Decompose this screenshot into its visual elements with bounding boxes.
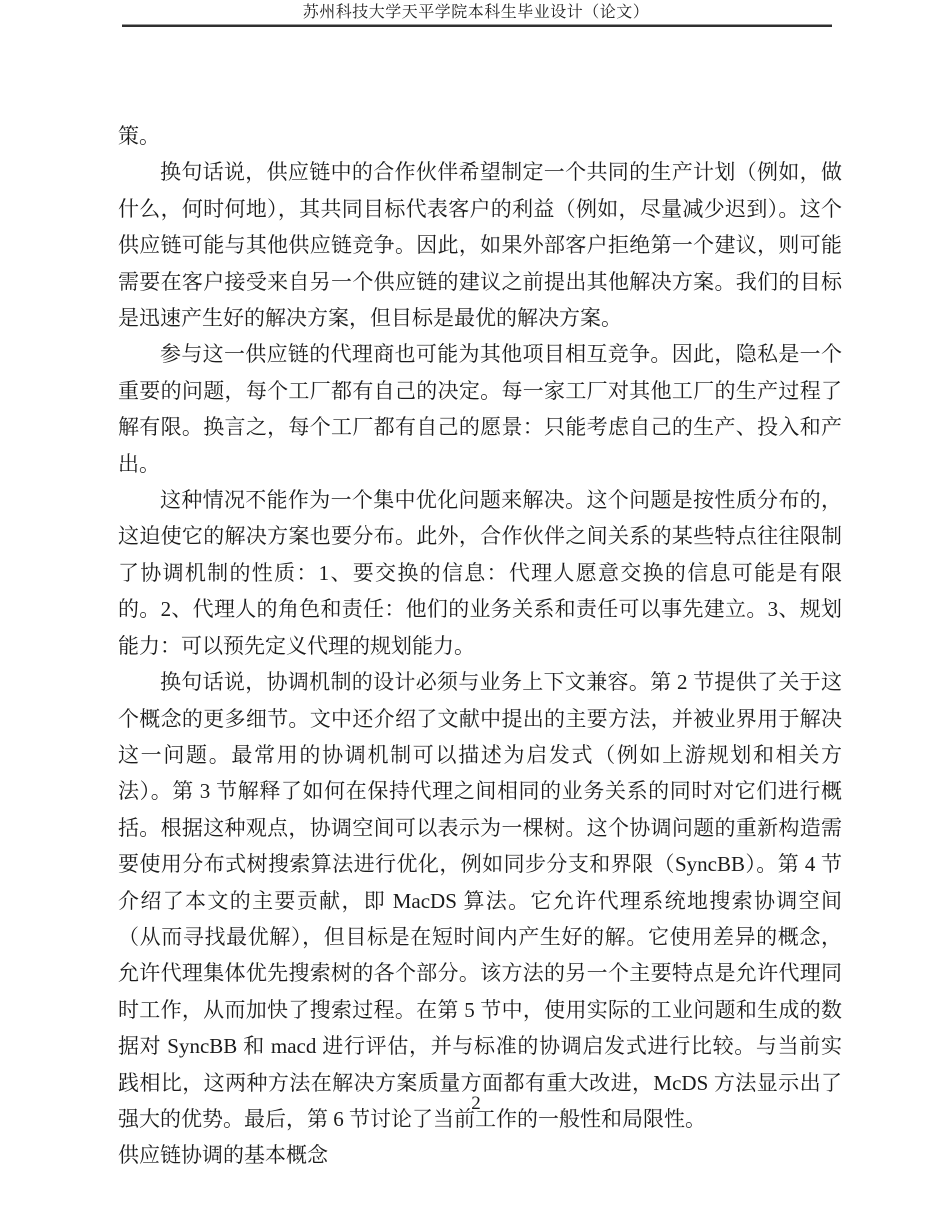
page-number: 2 (0, 1092, 952, 1116)
body-paragraph: 策。 (118, 118, 842, 154)
body-paragraph: 参与这一供应链的代理商也可能为其他项目相互竞争。因此，隐私是一个重要的问题，每个… (118, 336, 842, 482)
body-paragraph: 换句话说，供应链中的合作伙伴希望制定一个共同的生产计划（例如，做什么，何时何地）… (118, 154, 842, 336)
document-body: 策。 换句话说，供应链中的合作伙伴希望制定一个共同的生产计划（例如，做什么，何时… (118, 118, 842, 1174)
header-rule (122, 25, 832, 27)
page-header-title: 苏州科技大学天平学院本科生毕业设计（论文） (0, 2, 952, 24)
document-page: 苏州科技大学天平学院本科生毕业设计（论文） 策。 换句话说，供应链中的合作伙伴希… (0, 0, 952, 1232)
body-paragraph: 供应链协调的基本概念 (118, 1137, 842, 1173)
body-paragraph: 这种情况不能作为一个集中优化问题来解决。这个问题是按性质分布的，这迫使它的解决方… (118, 482, 842, 664)
body-paragraph: 换句话说，协调机制的设计必须与业务上下文兼容。第 2 节提供了关于这个概念的更多… (118, 664, 842, 1137)
